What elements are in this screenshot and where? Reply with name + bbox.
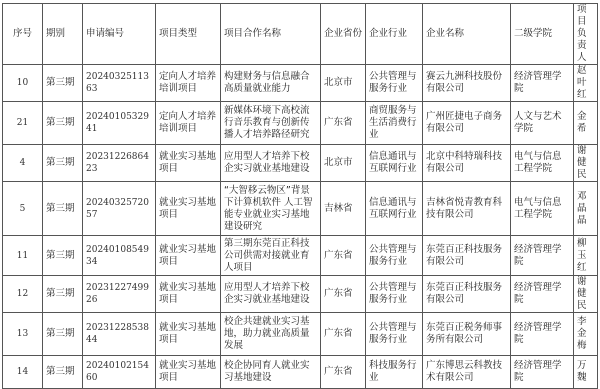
table-row: 13 第三期 2023122853844 就业实习基地项目 校企共建就业实习基地… [3, 313, 598, 350]
header-province: 企业省份 [321, 4, 366, 65]
cell-period: 第三期 [43, 236, 83, 276]
cell-company: 东莞百正税务师事务所有限公司 [423, 313, 511, 350]
cell-leader: 邓晶晶 [574, 182, 598, 236]
cell-name: 校企共建就业实习基地，助力就业高质量发展 [221, 313, 321, 350]
cell-industry: 商贸服务与生活消费行业 [366, 102, 423, 145]
cell-name: 应用型人才培养下校企实习就业基地建设 [221, 145, 321, 182]
cell-province: 广东省 [321, 236, 366, 276]
cell-leader: 李金梅 [574, 313, 598, 350]
cell-type: 就业实习基地项目 [156, 313, 221, 350]
cell-type: 就业实习基地项目 [156, 182, 221, 236]
cell-no: 10 [3, 65, 43, 102]
table-row: 12 第三期 2023122749926 就业实习基地项目 应用型人才培养下校企… [3, 276, 598, 313]
cell-code: 2023122853844 [83, 313, 156, 350]
cell-code: 2024010854934 [83, 236, 156, 276]
cell-industry: 公共管理与服务行业 [366, 313, 423, 350]
cell-leader: 赵叶红 [574, 65, 598, 102]
header-company: 企业名称 [423, 4, 511, 65]
cell-province: 广东省 [321, 102, 366, 145]
cell-company: 东莞百正科技服务有限公司 [423, 276, 511, 313]
cell-industry: 信息通讯与互联网行业 [366, 145, 423, 182]
cell-type: 定向人才培养培训项目 [156, 65, 221, 102]
cell-college: 经济管理学院 [511, 65, 574, 102]
cell-period: 第三期 [43, 313, 83, 350]
header-type: 项目类型 [156, 4, 221, 65]
cell-name: 新媒体环境下高校流行音乐教育与创新传播人才培养路径研究 [221, 102, 321, 145]
cell-province: 吉林省 [321, 182, 366, 236]
table-row: 5 第三期 2024032572057 就业实习基地项目 “大智移云物区”背景下… [3, 182, 598, 236]
cell-period: 第三期 [43, 65, 83, 102]
cell-industry: 信息通讯与互联网行业 [366, 182, 423, 236]
cell-province: 广东省 [321, 313, 366, 350]
cell-no: 11 [3, 236, 43, 276]
cell-type: 就业实习基地项目 [156, 145, 221, 182]
cell-company: 吉林省悦青教育科技有限公司 [423, 182, 511, 236]
cell-college: 经济管理学院 [511, 276, 574, 313]
cell-province: 北京市 [321, 65, 366, 102]
header-period: 期别 [43, 4, 83, 65]
cell-leader: 柳玉红 [574, 236, 598, 276]
cell-company: 东莞百正科技服务有限公司 [423, 236, 511, 276]
header-name: 项目合作名称 [221, 4, 321, 65]
cell-code: 2024032511363 [83, 65, 156, 102]
table-row: 10 第三期 2024032511363 定向人才培养培训项目 构建财务与信息融… [3, 65, 598, 102]
cell-period: 第三期 [43, 145, 83, 182]
cell-code: 2024032572057 [83, 182, 156, 236]
project-table: 序号 期别 申请编号 项目类型 项目合作名称 企业省份 企业行业 企业名称 二级… [2, 3, 598, 349]
cell-name: 应用型人才培养下校企实习就业基地建设 [221, 276, 321, 313]
header-code: 申请编号 [83, 4, 156, 65]
cell-no: 5 [3, 182, 43, 236]
header-leader: 项目负责人 [574, 4, 598, 65]
cell-college: 经济管理学院 [511, 236, 574, 276]
cell-code: 2023122686423 [83, 145, 156, 182]
cell-no: 4 [3, 145, 43, 182]
cell-province: 北京市 [321, 145, 366, 182]
cell-no: 21 [3, 102, 43, 145]
header-industry: 企业行业 [366, 4, 423, 65]
cell-code: 2023122749926 [83, 276, 156, 313]
header-no: 序号 [3, 4, 43, 65]
cell-college: 人文与艺术学院 [511, 102, 574, 145]
cell-college: 经济管理学院 [511, 313, 574, 350]
cell-no: 13 [3, 313, 43, 350]
table-header-row: 序号 期别 申请编号 项目类型 项目合作名称 企业省份 企业行业 企业名称 二级… [3, 4, 598, 65]
header-college: 二级学院 [511, 4, 574, 65]
cell-period: 第三期 [43, 276, 83, 313]
cell-industry: 公共管理与服务行业 [366, 65, 423, 102]
cell-name: 构建财务与信息融合高质量就业能力 [221, 65, 321, 102]
cell-name: 第三期东莞百正科技公司供需对接就业育人项目 [221, 236, 321, 276]
cell-province: 广东省 [321, 276, 366, 313]
cell-leader: 谢健民 [574, 276, 598, 313]
cell-period: 第三期 [43, 182, 83, 236]
cell-leader: 谢健民 [574, 145, 598, 182]
table-row: 21 第三期 2024010532941 定向人才培养培训项目 新媒体环境下高校… [3, 102, 598, 145]
table-row: 11 第三期 2024010854934 就业实习基地项目 第三期东莞百正科技公… [3, 236, 598, 276]
cell-type: 就业实习基地项目 [156, 236, 221, 276]
cell-period: 第三期 [43, 102, 83, 145]
cell-college: 电气与信息工程学院 [511, 145, 574, 182]
cell-code: 2024010532941 [83, 102, 156, 145]
cell-type: 定向人才培养培训项目 [156, 102, 221, 145]
cell-no: 12 [3, 276, 43, 313]
cell-type: 就业实习基地项目 [156, 276, 221, 313]
cell-company: 赛云九洲科技股份有限公司 [423, 65, 511, 102]
cell-company: 北京中科特瑞科技有限公司 [423, 145, 511, 182]
cell-company: 广州匠捷电子商务有限公司 [423, 102, 511, 145]
cell-leader: 金希 [574, 102, 598, 145]
cell-industry: 公共管理与服务行业 [366, 276, 423, 313]
cell-industry: 公共管理与服务行业 [366, 236, 423, 276]
cell-name: “大智移云物区”背景下计算机软件 人工智能专业就业实习基地建设研究 [221, 182, 321, 236]
table-row: 4 第三期 2023122686423 就业实习基地项目 应用型人才培养下校企实… [3, 145, 598, 182]
cell-college: 电气与信息工程学院 [511, 182, 574, 236]
